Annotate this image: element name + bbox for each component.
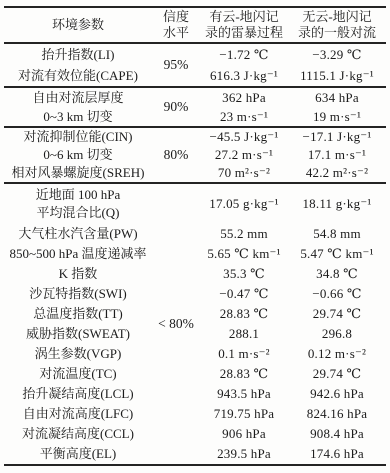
param-label-line: 平均混合比(Q) xyxy=(36,204,119,222)
storm-value: 27.2 m·s⁻¹ xyxy=(200,146,288,164)
general-value: 19 m·s⁻¹ xyxy=(288,107,386,126)
param-label: 相对风暴螺旋度(SREH) xyxy=(4,164,152,182)
param-label: 0~6 km 切变 xyxy=(4,146,152,164)
storm-value: 5.65 ℃ km⁻¹ xyxy=(200,244,288,264)
param-label: 抬升指数(LI) xyxy=(4,44,152,65)
header-storm-line2: 录的雷暴过程 xyxy=(205,25,283,41)
general-value: 18.11 g·kg⁻¹ xyxy=(288,184,386,224)
header-general-line2: 录的一般对流 xyxy=(298,25,376,41)
confidence-group: 对流抑制位能(CIN)−45.5 J·kg⁻¹−17.1 J·kg⁻¹0~6 k… xyxy=(4,128,386,182)
table-header: 环境参数 信度 水平 有云-地闪记 录的雷暴过程 无云-地闪记 录的一般对流 xyxy=(4,8,386,42)
header-storm-column: 有云-地闪记 录的雷暴过程 xyxy=(200,8,288,42)
param-label: 沙瓦特指数(SWI) xyxy=(4,284,152,304)
storm-value: 28.83 ℃ xyxy=(200,364,288,384)
storm-value: 55.2 mm xyxy=(200,224,288,244)
param-label: 对流有效位能(CAPE) xyxy=(4,65,152,86)
storm-value: 35.3 ℃ xyxy=(200,264,288,284)
param-label: K 指数 xyxy=(4,264,152,284)
header-param-label: 环境参数 xyxy=(52,17,104,33)
general-value: 17.1 m·s⁻¹ xyxy=(288,146,386,164)
general-value: 908.4 hPa xyxy=(288,424,386,444)
storm-value: 288.1 xyxy=(200,324,288,344)
param-label: 850~500 hPa 温度递减率 xyxy=(4,244,152,264)
param-label: 对流温度(TC) xyxy=(4,364,152,384)
param-label-line: 近地面 100 hPa xyxy=(36,186,121,204)
general-value: 634 hPa xyxy=(288,88,386,107)
storm-value: 17.05 g·kg⁻¹ xyxy=(200,184,288,224)
storm-value: −45.5 J·kg⁻¹ xyxy=(200,128,288,146)
storm-value: 23 m·s⁻¹ xyxy=(200,107,288,126)
general-value: 29.74 ℃ xyxy=(288,304,386,324)
storm-value: 906 hPa xyxy=(200,424,288,444)
storm-value: 0.1 m·s⁻² xyxy=(200,344,288,364)
header-general-line1: 无云-地闪记 xyxy=(302,9,371,25)
general-value: −0.66 ℃ xyxy=(288,284,386,304)
confidence-level: < 80% xyxy=(158,316,194,332)
storm-value: 239.5 hPa xyxy=(200,444,288,464)
table-body: 抬升指数(LI)−1.72 ℃−3.29 ℃对流有效位能(CAPE)616.3 … xyxy=(4,44,386,464)
storm-value: 943.5 hPa xyxy=(200,384,288,404)
param-label: 0~3 km 切变 xyxy=(4,107,152,126)
confidence-group: 自由对流层厚度362 hPa634 hPa0~3 km 切变23 m·s⁻¹19… xyxy=(4,88,386,126)
param-label: 自由对流层厚度 xyxy=(4,88,152,107)
general-value: 174.6 hPa xyxy=(288,444,386,464)
param-label: 总温度指数(TT) xyxy=(4,304,152,324)
confidence-group: 抬升指数(LI)−1.72 ℃−3.29 ℃对流有效位能(CAPE)616.3 … xyxy=(4,44,386,86)
header-confidence-line2: 水平 xyxy=(163,25,189,41)
general-value: 942.6 hPa xyxy=(288,384,386,404)
general-value: 824.16 hPa xyxy=(288,404,386,424)
general-value: 1115.1 J·kg⁻¹ xyxy=(288,65,386,86)
param-label: 对流凝结高度(CCL) xyxy=(4,424,152,444)
param-label: 抬升凝结高度(LCL) xyxy=(4,384,152,404)
storm-value: 362 hPa xyxy=(200,88,288,107)
param-label: 涡生参数(VGP) xyxy=(4,344,152,364)
header-storm-line1: 有云-地闪记 xyxy=(209,9,278,25)
storm-value: 70 m²·s⁻² xyxy=(200,164,288,182)
general-value: 0.12 m·s⁻² xyxy=(288,344,386,364)
table-bottom-rule xyxy=(4,464,386,466)
general-value: −3.29 ℃ xyxy=(288,44,386,65)
param-label: 大气柱水汽含量(PW) xyxy=(4,224,152,244)
paper-table-page: 环境参数 信度 水平 有云-地闪记 录的雷暴过程 无云-地闪记 录的一般对流 抬… xyxy=(4,0,386,466)
storm-value: −0.47 ℃ xyxy=(200,284,288,304)
general-value: 296.8 xyxy=(288,324,386,344)
confidence-group: 近地面 100 hPa平均混合比(Q)17.05 g·kg⁻¹18.11 g·k… xyxy=(4,184,386,464)
storm-value: 28.83 ℃ xyxy=(200,304,288,324)
param-label: 自由对流高度(LFC) xyxy=(4,404,152,424)
storm-value: 616.3 J·kg⁻¹ xyxy=(200,65,288,86)
storm-value: −1.72 ℃ xyxy=(200,44,288,65)
general-value: 34.8 ℃ xyxy=(288,264,386,284)
storm-value: 719.75 hPa xyxy=(200,404,288,424)
header-param-column: 环境参数 xyxy=(4,8,152,42)
general-value: −17.1 J·kg⁻¹ xyxy=(288,128,386,146)
general-value: 42.2 m²·s⁻² xyxy=(288,164,386,182)
param-label: 威胁指数(SWEAT) xyxy=(4,324,152,344)
confidence-level: 95% xyxy=(164,57,189,73)
general-value: 29.74 ℃ xyxy=(288,364,386,384)
confidence-level: 90% xyxy=(164,99,189,115)
confidence-level: 80% xyxy=(164,147,189,163)
header-confidence-column: 信度 水平 xyxy=(152,8,200,42)
param-label: 对流抑制位能(CIN) xyxy=(4,128,152,146)
general-value: 54.8 mm xyxy=(288,224,386,244)
param-label: 近地面 100 hPa平均混合比(Q) xyxy=(4,184,152,224)
general-value: 5.47 ℃ km⁻¹ xyxy=(288,244,386,264)
header-confidence-line1: 信度 xyxy=(163,9,189,25)
header-general-column: 无云-地闪记 录的一般对流 xyxy=(288,8,386,42)
param-label: 平衡高度(EL) xyxy=(4,444,152,464)
